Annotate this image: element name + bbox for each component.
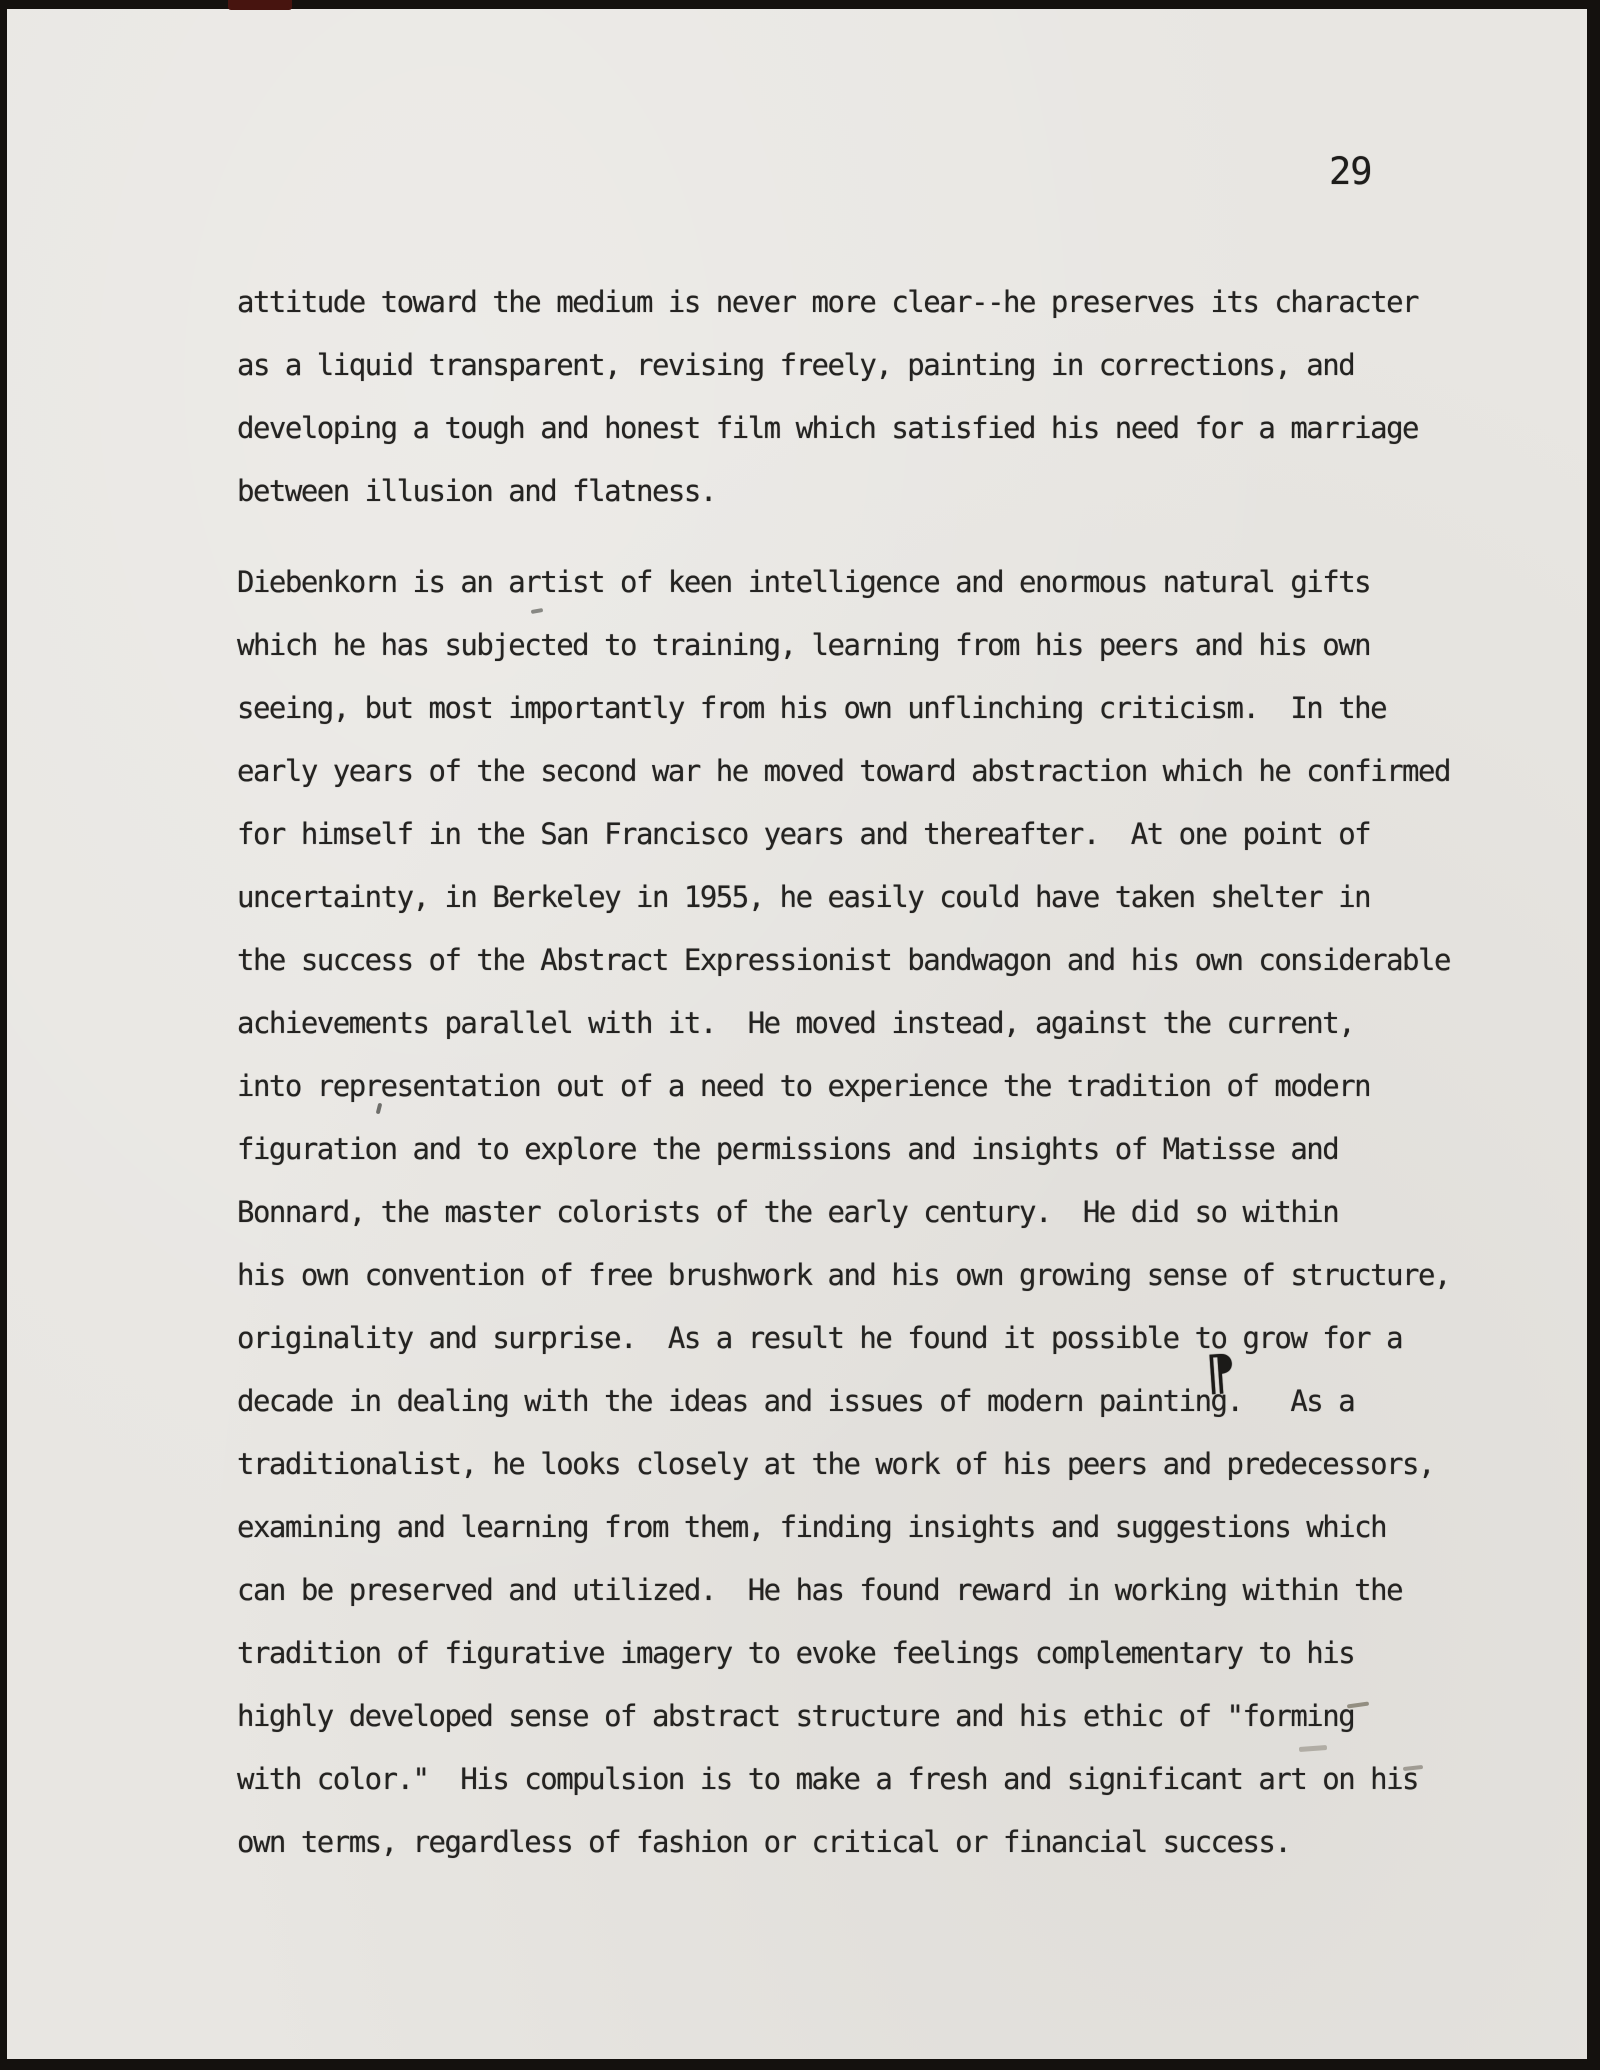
text-line: Bonnard, the master colorists of the ear… (237, 1181, 1497, 1244)
text-line: into representation out of a need to exp… (237, 1055, 1497, 1118)
scanned-typescript-page: { "page": { "number": "29" }, "doc": { "… (0, 0, 1600, 2070)
text-line: originality and surprise. As a result he… (237, 1307, 1497, 1370)
document-page: 29 attitude toward the medium is never m… (7, 9, 1587, 2059)
text-line: as a liquid transparent, revising freely… (237, 334, 1497, 397)
text-line: can be preserved and utilized. He has fo… (237, 1559, 1497, 1622)
handwritten-paragraph-mark: ¶ (1204, 1344, 1237, 1402)
text-line: figuration and to explore the permission… (237, 1118, 1497, 1181)
text-line: achievements parallel with it. He moved … (237, 992, 1497, 1055)
text-line: developing a tough and honest film which… (237, 397, 1497, 460)
text-line: examining and learning from them, findin… (237, 1496, 1497, 1559)
text-line: tradition of figurative imagery to evoke… (237, 1622, 1497, 1685)
text-line: highly developed sense of abstract struc… (237, 1685, 1497, 1748)
text-line: between illusion and flatness. (237, 460, 1497, 523)
text-line: Diebenkorn is an artist of keen intellig… (237, 551, 1497, 614)
text-line: attitude toward the medium is never more… (237, 271, 1497, 334)
text-line: own terms, regardless of fashion or crit… (237, 1811, 1497, 1874)
text-line: his own convention of free brushwork and… (237, 1244, 1497, 1307)
text-line: uncertainty, in Berkeley in 1955, he eas… (237, 866, 1497, 929)
text-line: decade in dealing with the ideas and iss… (237, 1370, 1497, 1433)
text-line: with color." His compulsion is to make a… (237, 1748, 1497, 1811)
paragraph-2: Diebenkorn is an artist of keen intellig… (237, 551, 1497, 1874)
paragraph-1: attitude toward the medium is never more… (237, 271, 1497, 523)
text-line: which he has subjected to training, lear… (237, 614, 1497, 677)
text-line: early years of the second war he moved t… (237, 740, 1497, 803)
text-line: for himself in the San Francisco years a… (237, 803, 1497, 866)
text-line: seeing, but most importantly from his ow… (237, 677, 1497, 740)
page-number: 29 (1329, 150, 1372, 193)
text-line: the success of the Abstract Expressionis… (237, 929, 1497, 992)
body-text: attitude toward the medium is never more… (237, 271, 1497, 1874)
text-line: traditionalist, he looks closely at the … (237, 1433, 1497, 1496)
scan-edge-smudge (228, 0, 292, 10)
